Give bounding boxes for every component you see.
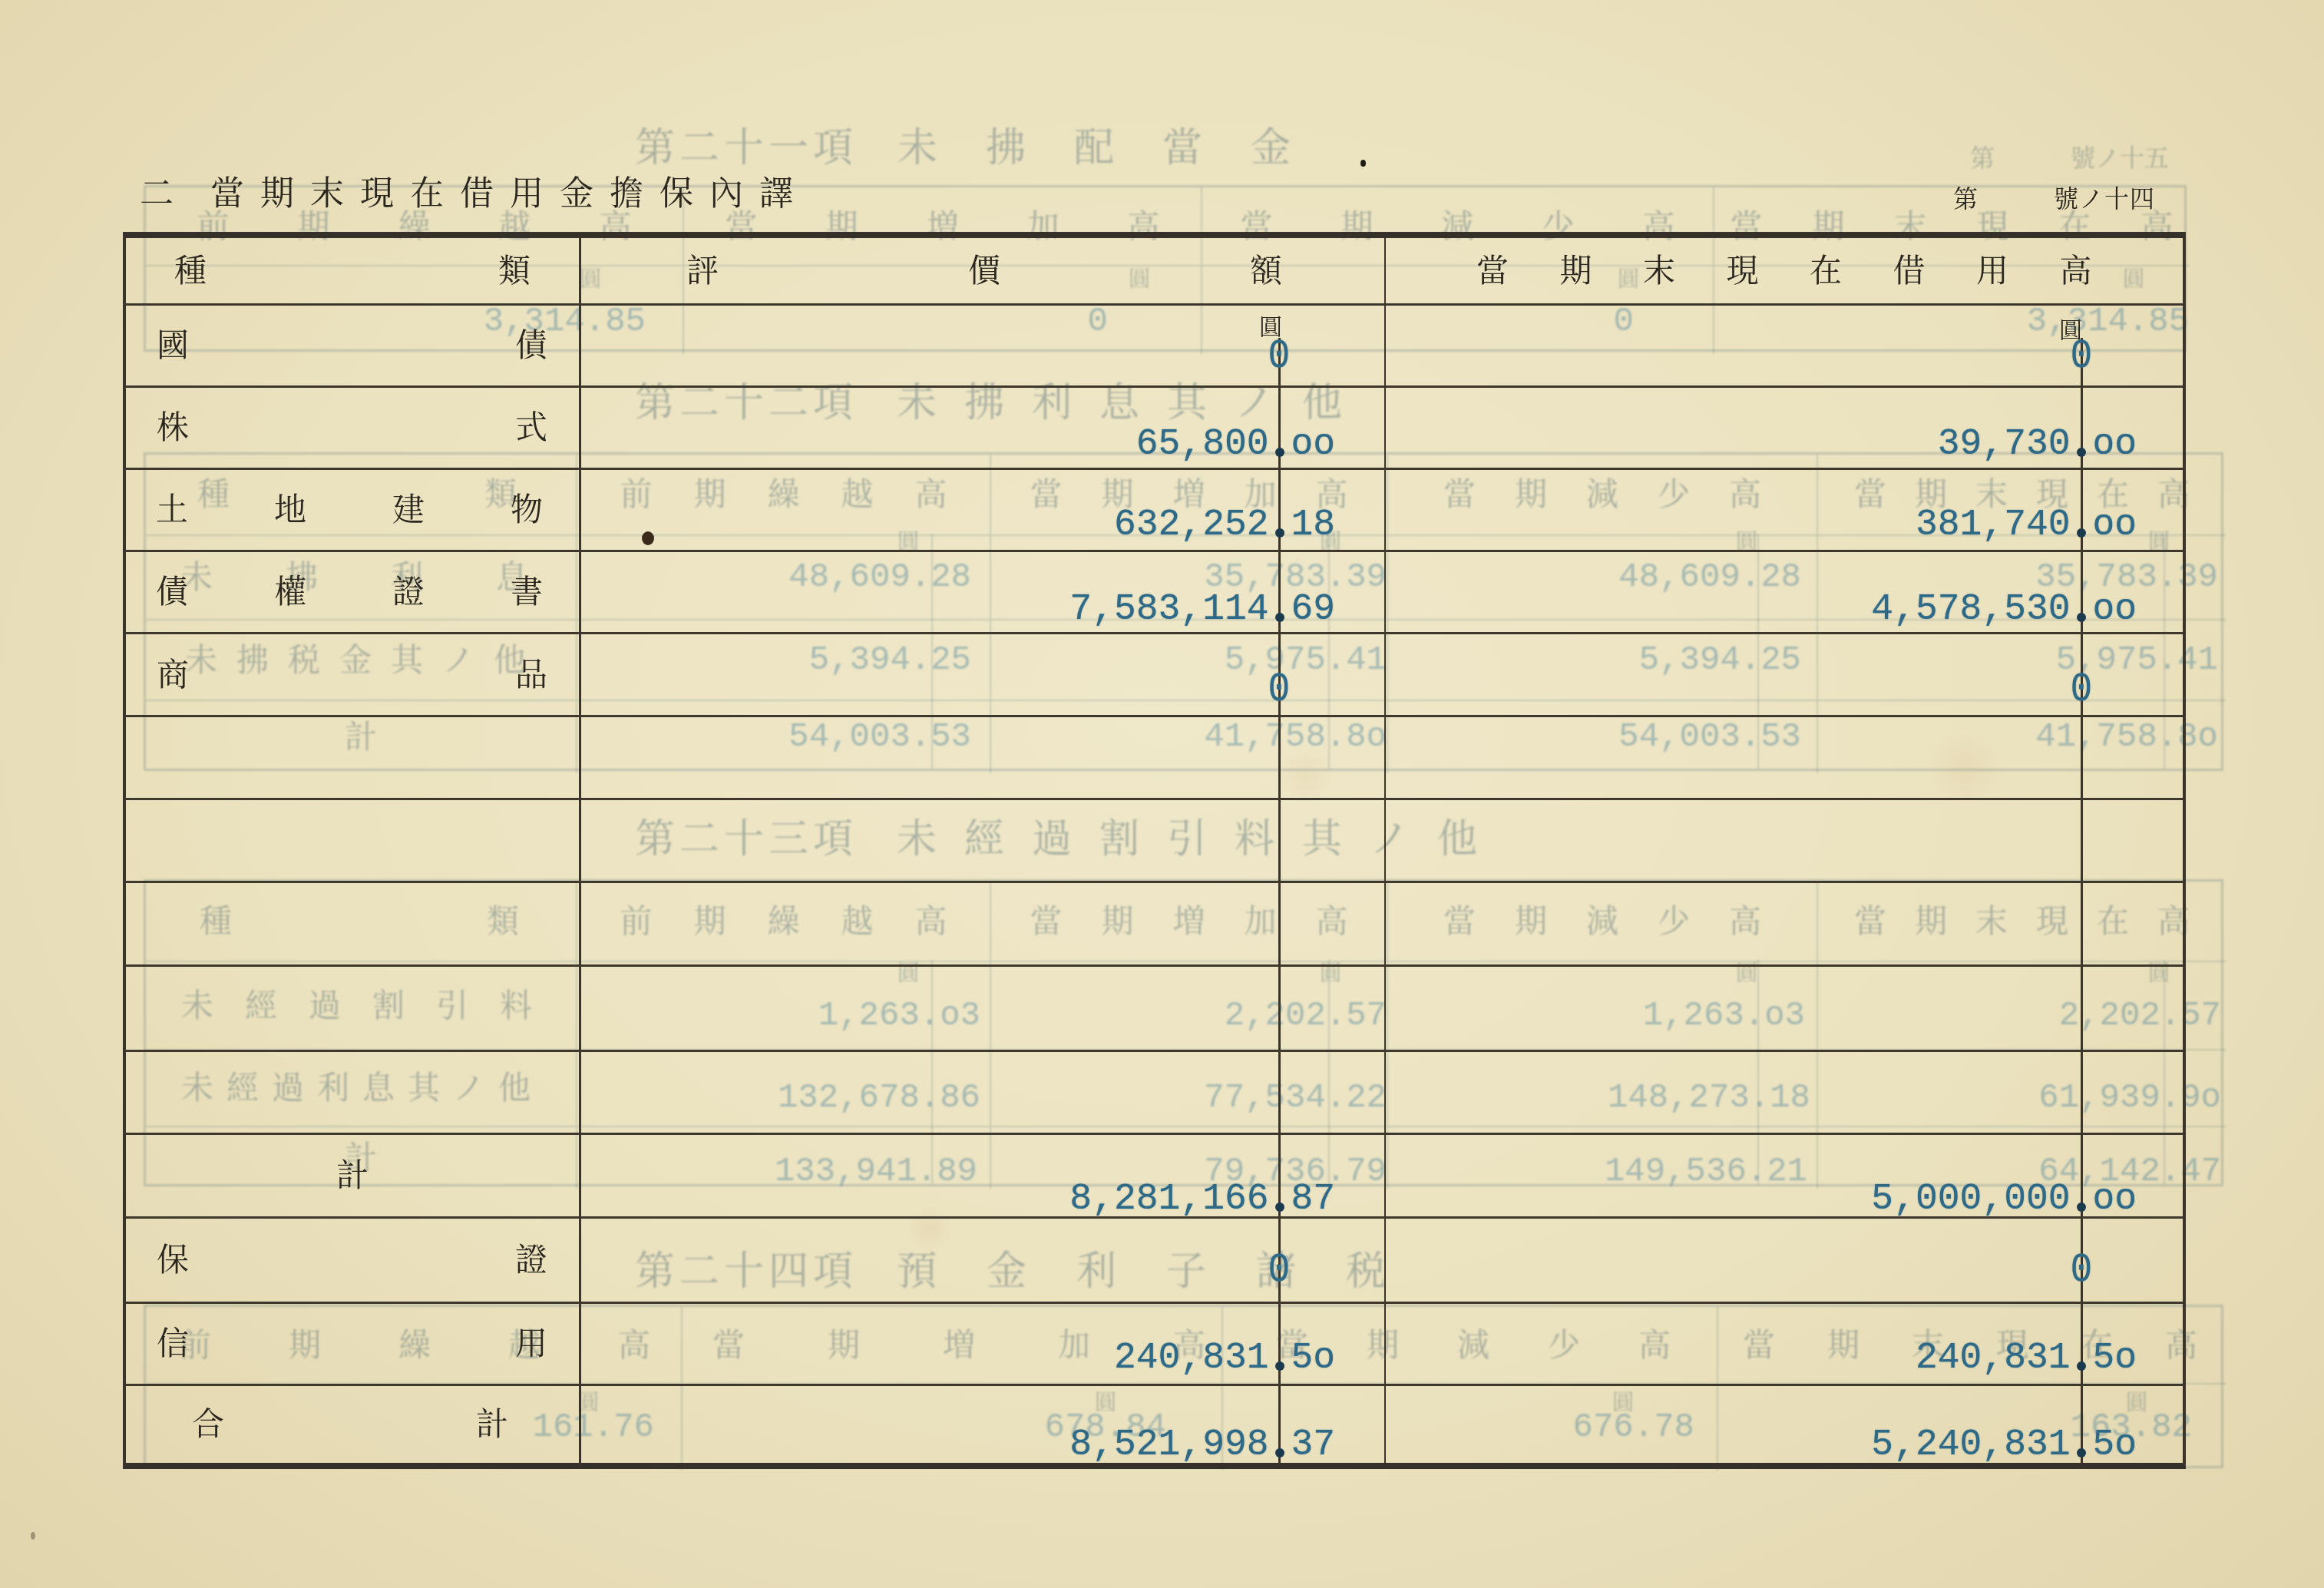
valuation-amount: 0 [1268,670,1291,711]
empty-kind-cell [126,967,581,1052]
current-borrowed-cell: 圓 0 [1386,306,2183,388]
empty-current-cell [1386,717,2183,800]
row-kind-label: 信用 [126,1304,581,1386]
current-borrowed-amount: 5,000,000.oo [1871,1181,2137,1218]
current-borrowed-amount: 0 [2071,670,2093,711]
empty-current-cell [1386,967,2183,1052]
current-borrowed-cell: 5,000,000.oo [1386,1135,2183,1219]
empty-valuation-cell [581,883,1386,967]
row-kind-label: 國債 [126,306,581,388]
ink-speck [642,531,654,545]
st-page-label: 第 [1970,146,1995,170]
valuation-amount: 8,521,998.37 [1069,1427,1335,1464]
st-page-number: 號ノ十五 [2071,146,2169,170]
current-borrowed-cell: 381,740.oo [1386,470,2183,552]
current-borrowed-amount: 39,730.oo [1938,426,2137,463]
current-borrowed-cell: 0 [1386,1219,2183,1304]
valuation-cell: 圓 0 [581,306,1386,388]
header-kind: 種類 [126,238,581,306]
page-number: 號ノ十四 [2054,187,2155,211]
empty-kind-cell [126,800,581,883]
empty-valuation-cell [581,717,1386,800]
empty-current-cell [1386,800,2183,883]
current-borrowed-amount: 381,740.oo [1916,507,2137,544]
empty-valuation-cell [581,967,1386,1052]
current-borrowed-amount: 0 [2071,336,2093,378]
valuation-cell: 632,252.18 [581,470,1386,552]
valuation-cell: 240,831.5o [581,1304,1386,1386]
page-title: 當期末現在借用金擔保內譯 [210,177,809,211]
valuation-cell: 8,521,998.37 [581,1386,1386,1463]
empty-current-cell [1386,883,2183,967]
empty-kind-cell [126,1052,581,1135]
empty-kind-cell [126,717,581,800]
current-borrowed-amount: 4,578,530.oo [1871,591,2137,628]
paper-mark [31,1532,35,1540]
current-borrowed-amount: 240,831.5o [1916,1340,2137,1377]
document-page: 第 號ノ十五 第二十一項 未拂配當金 前期繰越高 當期増加高 當期減少高 當期末… [0,0,2324,1588]
current-borrowed-cell: 4,578,530.oo [1386,552,2183,634]
collateral-breakdown-table: 種類 評價額 當期末現在借用高 國債 圓 0 圓 0 株式 65,800.oo … [123,232,2186,1469]
empty-valuation-cell [581,800,1386,883]
empty-kind-cell [126,883,581,967]
valuation-cell: 0 [581,1219,1386,1304]
current-borrowed-cell: 39,730.oo [1386,388,2183,470]
current-borrowed-amount: 0 [2071,1250,2093,1292]
row-kind-label: 計 [126,1135,581,1219]
ink-speck [1360,160,1366,167]
section-number: 二 [140,177,174,211]
valuation-amount: 0 [1268,1250,1291,1292]
valuation-cell: 0 [581,634,1386,717]
row-kind-label: 保證 [126,1219,581,1304]
header-valuation: 評價額 [581,238,1386,306]
header-current-borrowed: 當期末現在借用高 [1386,238,2183,306]
valuation-cell: 7,583,114.69 [581,552,1386,634]
current-borrowed-amount: 5,240,831.5o [1871,1427,2137,1464]
current-borrowed-cell: 240,831.5o [1386,1304,2183,1386]
empty-current-cell [1386,1052,2183,1135]
page-label: 第 [1953,187,1978,211]
valuation-cell: 65,800.oo [581,388,1386,470]
current-borrowed-cell: 0 [1386,634,2183,717]
valuation-amount: 0 [1268,336,1291,378]
current-borrowed-cell: 5,240,831.5o [1386,1386,2183,1463]
valuation-amount: 240,831.5o [1114,1340,1335,1377]
row-kind-label: 合計 [126,1386,581,1463]
st-section-name: 未拂配當金 [898,128,1339,168]
empty-valuation-cell [581,1052,1386,1135]
valuation-amount: 8,281,166.87 [1069,1181,1335,1218]
row-kind-label: 株式 [126,388,581,470]
row-kind-label: 債權證書 [126,552,581,634]
valuation-amount: 7,583,114.69 [1069,591,1335,628]
valuation-amount: 632,252.18 [1114,507,1335,544]
row-kind-label: 土地建物 [126,470,581,552]
valuation-cell: 8,281,166.87 [581,1135,1386,1219]
st-section-item: 第二十一項 [635,128,858,168]
row-kind-label: 商品 [126,634,581,717]
valuation-amount: 65,800.oo [1136,426,1335,463]
